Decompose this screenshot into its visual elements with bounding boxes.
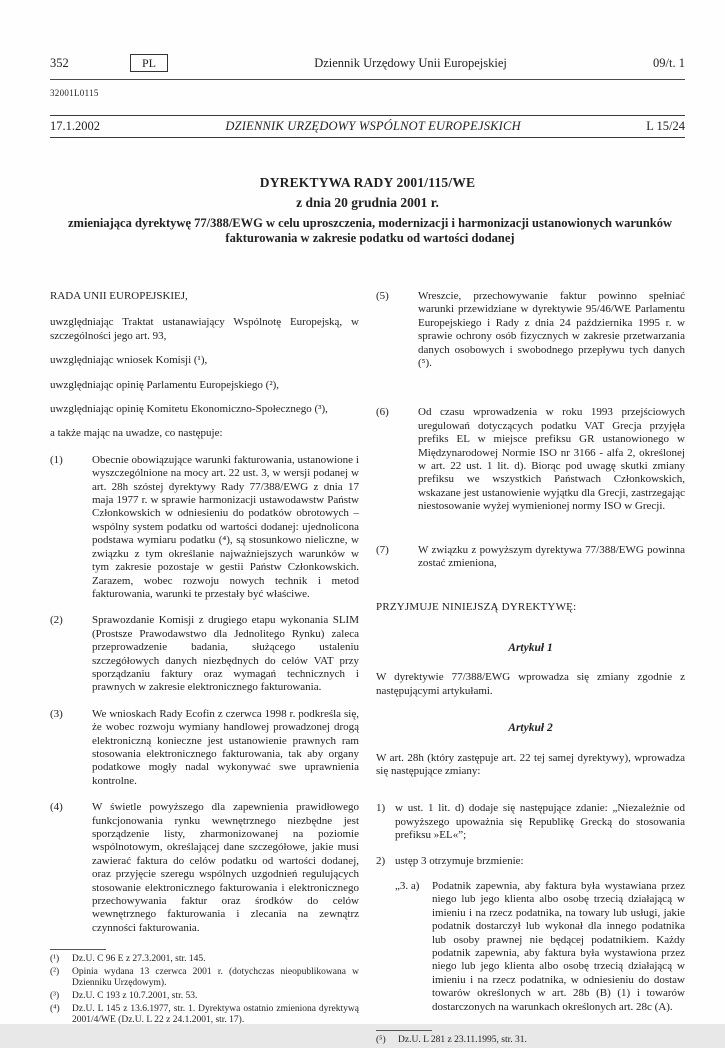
preamble-citation: uwzględniając opinię Parlamentu Europejs… bbox=[50, 379, 359, 392]
recital-number: (1) bbox=[50, 454, 92, 601]
article-2-heading: Artykuł 2 bbox=[376, 722, 685, 735]
footnote-marker: (³) bbox=[50, 991, 72, 1003]
article-2-text: W art. 28h (który zastępuje art. 22 tej … bbox=[376, 752, 685, 779]
page-header: 352 PL Dziennik Urzędowy Unii Europejski… bbox=[50, 54, 685, 138]
recital-number: (5) bbox=[376, 290, 418, 370]
footnote-marker: (⁵) bbox=[376, 1035, 398, 1047]
recital-number: (2) bbox=[50, 614, 92, 694]
recital-number: (7) bbox=[376, 544, 418, 571]
recital-5: (5) Wreszcie, przechowywanie faktur powi… bbox=[376, 290, 685, 370]
recital-2: (2) Sprawozdanie Komisji z drugiego etap… bbox=[50, 614, 359, 694]
recital-number: (4) bbox=[50, 801, 92, 935]
preamble-citation: uwzględniając Traktat ustanawiający Wspó… bbox=[50, 316, 359, 343]
left-footnotes: (¹) Dz.U. C 96 E z 27.3.2001, str. 145. … bbox=[50, 949, 359, 1027]
document-body: RADA UNII EUROPEJSKIEJ, uwzględniając Tr… bbox=[50, 290, 685, 1048]
recital-6: (6) Od czasu wprowadzenia w roku 1993 pr… bbox=[376, 406, 685, 513]
article-1-heading: Artykuł 1 bbox=[376, 642, 685, 655]
footnote-1: (¹) Dz.U. C 96 E z 27.3.2001, str. 145. bbox=[50, 954, 359, 966]
amendment-text: ustęp 3 otrzymuje brzmienie: bbox=[395, 855, 685, 868]
publication-date: 17.1.2002 bbox=[50, 119, 100, 134]
recital-text: Obecnie obowiązujące warunki fakturowani… bbox=[92, 454, 359, 601]
amendment-number: 2) bbox=[376, 855, 395, 868]
footnote-2: (²) Opinia wydana 13 czerwca 2001 r. (do… bbox=[50, 967, 359, 990]
provision-text: Podatnik zapewnia, aby faktura była wyst… bbox=[432, 880, 685, 1014]
footnote-text: Dz.U. C 193 z 10.7.2001, str. 53. bbox=[72, 991, 359, 1003]
header-row: 352 PL Dziennik Urzędowy Unii Europejski… bbox=[50, 54, 685, 72]
oj-reference: L 15/24 bbox=[646, 119, 685, 134]
footnote-text: Dz.U. L 281 z 23.11.1995, str. 31. bbox=[398, 1035, 685, 1047]
footnote-text: Dz.U. L 145 z 13.6.1977, str. 1. Dyrekty… bbox=[72, 1004, 359, 1027]
journal-name-caps: DZIENNIK URZĘDOWY WSPÓLNOT EUROPEJSKICH bbox=[100, 119, 646, 134]
footnote-marker: (⁴) bbox=[50, 1004, 72, 1027]
amendment-text: w ust. 1 lit. d) dodaje się następujące … bbox=[395, 802, 685, 842]
recital-text: Od czasu wprowadzenia w roku 1993 przejś… bbox=[418, 406, 685, 513]
recital-7: (7) W związku z powyższym dyrektywa 77/3… bbox=[376, 544, 685, 571]
recital-3: (3) We wnioskach Rady Ecofin z czerwca 1… bbox=[50, 708, 359, 788]
recital-number: (6) bbox=[376, 406, 418, 513]
preamble-citation: uwzględniając opinię Komitetu Ekonomiczn… bbox=[50, 403, 359, 416]
right-column: (5) Wreszcie, przechowywanie faktur powi… bbox=[376, 290, 685, 1048]
recital-text: W związku z powyższym dyrektywa 77/388/E… bbox=[418, 544, 685, 571]
celex-number: 32001L0115 bbox=[50, 88, 685, 98]
recital-text: W świetle powyższego dla zapewnienia pra… bbox=[92, 801, 359, 935]
language-code-badge: PL bbox=[130, 54, 168, 72]
footnote-rule bbox=[50, 949, 106, 950]
quoted-provision: „3. a) Podatnik zapewnia, aby faktura by… bbox=[395, 880, 685, 1014]
amendment-2: 2) ustęp 3 otrzymuje brzmienie: bbox=[376, 855, 685, 868]
recital-text: Sprawozdanie Komisji z drugiego etapu wy… bbox=[92, 614, 359, 694]
journal-banner: 17.1.2002 DZIENNIK URZĘDOWY WSPÓLNOT EUR… bbox=[50, 115, 685, 138]
preamble-whereas: a także mając na uwadze, co następuje: bbox=[50, 427, 359, 440]
title-block: DYREKTYWA RADY 2001/115/WE z dnia 20 gru… bbox=[50, 175, 685, 246]
footnote-marker: (²) bbox=[50, 967, 72, 990]
directive-title: DYREKTYWA RADY 2001/115/WE bbox=[50, 175, 685, 191]
journal-page: 352 PL Dziennik Urzędowy Unii Europejski… bbox=[0, 0, 725, 1024]
directive-subtitle: zmieniająca dyrektywę 77/388/EWG w celu … bbox=[50, 216, 690, 246]
footnote-text: Opinia wydana 13 czerwca 2001 r. (dotych… bbox=[72, 967, 359, 990]
amendment-number: 1) bbox=[376, 802, 395, 842]
footnote-text: Dz.U. C 96 E z 27.3.2001, str. 145. bbox=[72, 954, 359, 966]
article-1-text: W dyrektywie 77/388/EWG wprowadza się zm… bbox=[376, 671, 685, 698]
footnote-4: (⁴) Dz.U. L 145 z 13.6.1977, str. 1. Dyr… bbox=[50, 1004, 359, 1027]
left-column: RADA UNII EUROPEJSKIEJ, uwzględniając Tr… bbox=[50, 290, 359, 1048]
amendment-1: 1) w ust. 1 lit. d) dodaje się następują… bbox=[376, 802, 685, 842]
recital-4: (4) W świetle powyższego dla zapewnienia… bbox=[50, 801, 359, 935]
page-number: 352 bbox=[50, 56, 94, 71]
volume-label: 09/t. 1 bbox=[653, 56, 685, 71]
footnote-marker: (¹) bbox=[50, 954, 72, 966]
preamble-citation: uwzględniając wniosek Komisji (¹), bbox=[50, 354, 359, 367]
preamble-author: RADA UNII EUROPEJSKIEJ, bbox=[50, 290, 359, 303]
footnote-3: (³) Dz.U. C 193 z 10.7.2001, str. 53. bbox=[50, 991, 359, 1003]
footnote-rule bbox=[376, 1030, 432, 1031]
enacting-formula: PRZYJMUJE NINIEJSZĄ DYREKTYWĘ: bbox=[376, 601, 685, 614]
right-footnotes: (⁵) Dz.U. L 281 z 23.11.1995, str. 31. bbox=[376, 1030, 685, 1047]
header-divider bbox=[50, 79, 685, 80]
recital-number: (3) bbox=[50, 708, 92, 788]
footnote-5: (⁵) Dz.U. L 281 z 23.11.1995, str. 31. bbox=[376, 1035, 685, 1047]
recital-text: Wreszcie, przechowywanie faktur powinno … bbox=[418, 290, 685, 370]
directive-date: z dnia 20 grudnia 2001 r. bbox=[50, 195, 685, 211]
recital-text: We wnioskach Rady Ecofin z czerwca 1998 … bbox=[92, 708, 359, 788]
recital-1: (1) Obecnie obowiązujące warunki fakturo… bbox=[50, 454, 359, 601]
journal-title: Dziennik Urzędowy Unii Europejskiej bbox=[168, 56, 653, 71]
provision-label: „3. a) bbox=[395, 880, 432, 1014]
